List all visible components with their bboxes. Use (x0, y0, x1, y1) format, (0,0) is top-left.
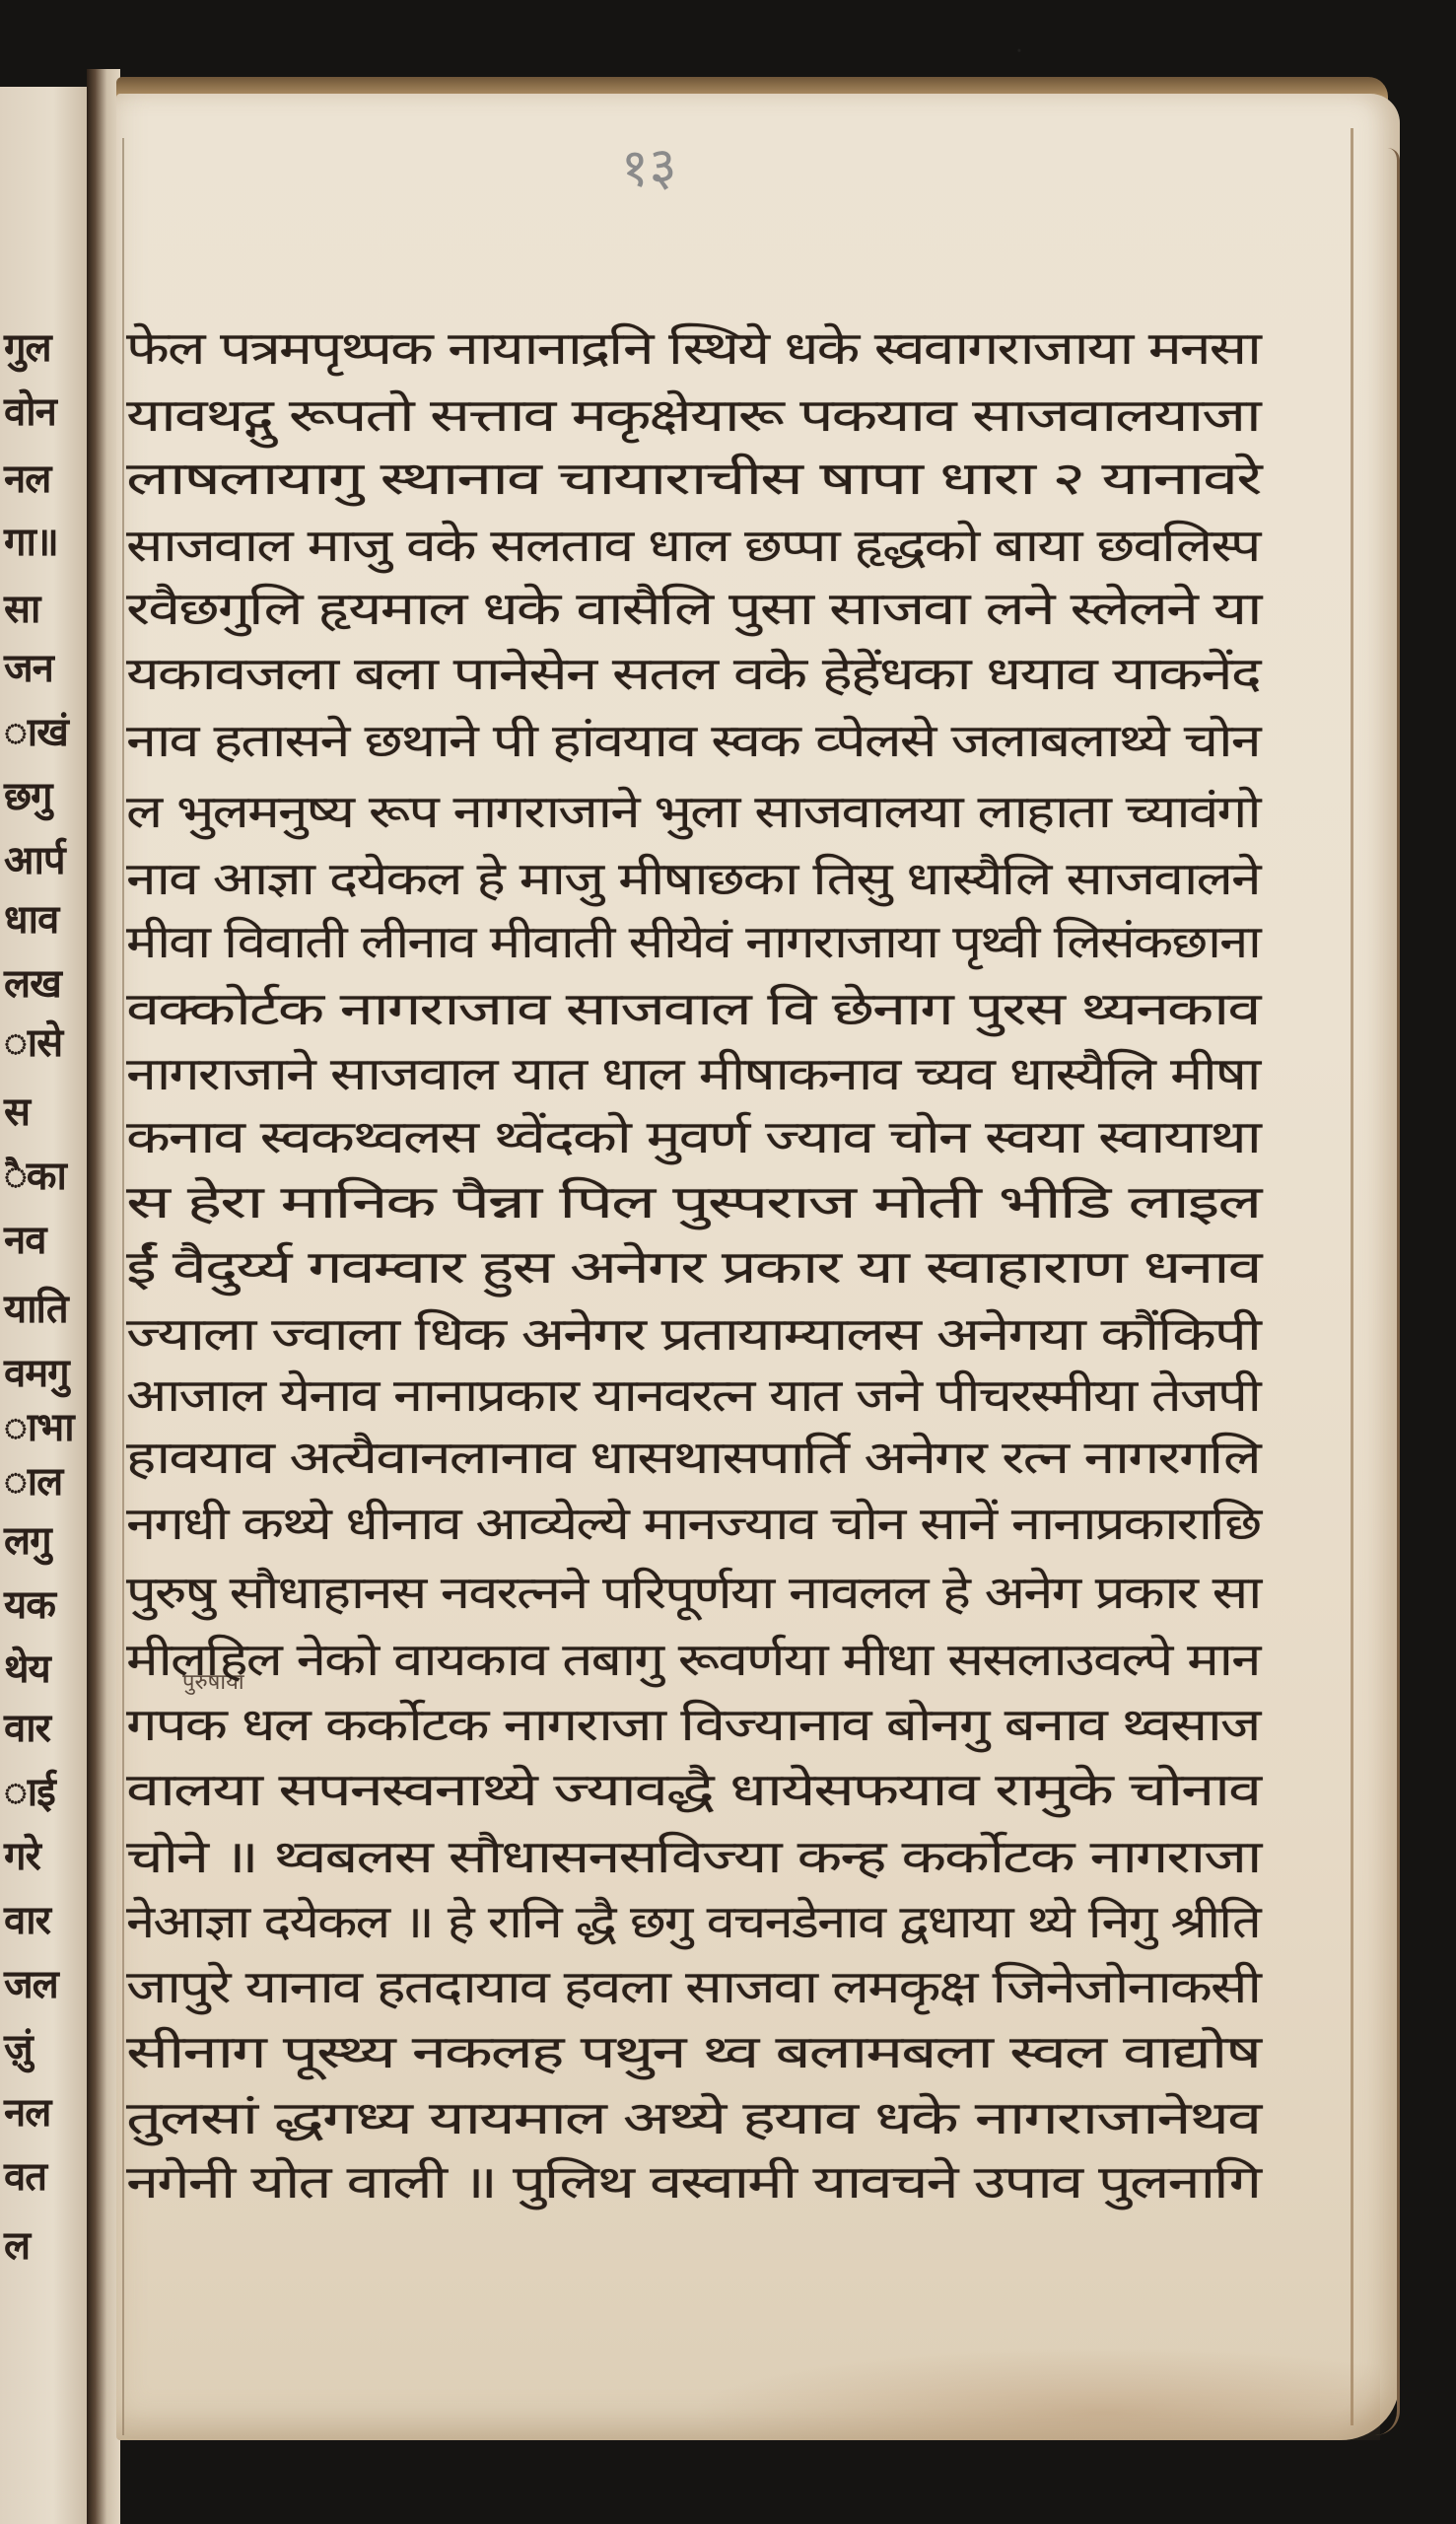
prev-page-fragment: लख (4, 954, 61, 1009)
prev-page-fragment: सा (4, 580, 39, 634)
right-margin-line (1351, 128, 1353, 2425)
text-line: नाव हतासने छथाने पी हांवयाव स्वक व्पेलसे… (126, 718, 1260, 763)
text-line: नागराजाने साजवाल यात धाल मीषाकनाव च्यव ध… (126, 1051, 1259, 1096)
prev-page-fragment: गुल (4, 318, 51, 373)
text-line: गपक धल कर्कोटक नागराजा विज्यानाव बोनगु ब… (126, 1702, 1260, 1747)
prev-page-fragment: ाल (4, 1452, 62, 1507)
prev-page-fragment: स (4, 1083, 30, 1137)
previous-page-strip: गुल वोन नल गा॥ सा जन ाखं छगु आर्प धाव लख… (0, 87, 92, 2524)
text-line: जापुरे यानाव हतदायाव हवला साजवा लमकृक्ष … (126, 1964, 1260, 2009)
left-margin-line (122, 138, 124, 2435)
text-line: नगेनी योत वाली ॥ पुलिथ वस्वामी यावचने उप… (126, 2159, 1260, 2205)
text-line: लाषलायागु स्थानाव चायाराचीस षापा धारा २ … (126, 456, 1260, 501)
water-stain (690, 2347, 1380, 2440)
prev-page-fragment: ल (4, 2216, 30, 2271)
text-line: वालया सपनस्वनाथ्ये ज्यावद्धै धायेसफयाव र… (126, 1767, 1260, 1812)
text-line: ईं वैदुर्य्य गवम्वार हुस अनेगर प्रकार या… (126, 1244, 1260, 1290)
book-spine (87, 69, 120, 2524)
prev-page-fragment: ैका (4, 1147, 66, 1201)
text-line: ज्याला ज्वाला धिक अनेगर प्रतायाम्यालस अन… (126, 1311, 1260, 1357)
page-number: १३ (619, 127, 678, 203)
text-line: फेल पत्रमपृथ्पक नायानाद्रनि स्थिये धके स… (126, 325, 1260, 371)
prev-page-fragment: लगु (4, 1511, 51, 1566)
prev-page-fragment: ाभा (4, 1398, 74, 1452)
prev-page-fragment: याति (4, 1280, 68, 1334)
text-line: नगधी कथ्ये धीनाव आव्येल्ये मानज्याव चोन … (126, 1501, 1260, 1546)
text-line: पुरुषु सौधाहानस नवरत्नने परिपूर्णया नावल… (126, 1570, 1261, 1615)
prev-page-fragment: वार (4, 1699, 50, 1753)
prev-page-fragment: वमगु (4, 1344, 69, 1398)
text-line: नेआज्ञा दयेकल ॥ हे रानि द्धै छगु वचनडेना… (126, 1899, 1260, 1944)
text-line: कनाव स्वकथ्वलस थ्वेंदको मुवर्ण ज्याव चोन… (126, 1114, 1260, 1159)
text-line: यावथद्गु रूपतो सत्ताव मकृक्षेयारू पकयाव … (126, 392, 1260, 438)
prev-page-fragment: यक (4, 1576, 55, 1630)
text-line: ल भुलमनुष्य रूप नागराजाने भुला साजवालया … (126, 789, 1260, 834)
prev-page-fragment: नल (4, 2083, 50, 2138)
prev-page-fragment: ाई (4, 1763, 55, 1817)
text-line: तुलसां द्धगध्य यायमाल अथ्ये हयाव धके नाग… (126, 2095, 1260, 2140)
prev-page-fragment: ाखं (4, 703, 68, 757)
prev-page-fragment: थेय (4, 1640, 50, 1694)
text-line: हावयाव अत्यैवानलानाव धासथासपार्ति अनेगर … (126, 1435, 1260, 1480)
prev-page-fragment: ासे (4, 1014, 62, 1068)
prev-page-fragment: आर्प (4, 831, 65, 885)
prev-page-fragment: वत (4, 2147, 46, 2202)
prev-page-fragment: गरे (4, 1827, 40, 1881)
prev-page-fragment: जन (4, 639, 53, 693)
text-line: वक्कोर्टक नागराजाव साजवाल वि छेनाग पुरस … (126, 986, 1259, 1031)
text-line: सीनाग पूस्थ्य नकलह पथुन थ्व बलामबला स्वल… (126, 2029, 1260, 2074)
text-line: आजाल येनाव नानाप्रकार यानवरत्न यात जने प… (126, 1372, 1260, 1418)
prev-page-fragment: गा॥ (4, 513, 58, 567)
text-line: यकावजला बला पानेसेन सतल वके हेहेंधका धया… (126, 651, 1260, 696)
prev-page-fragment: छगु (4, 767, 52, 821)
text-line: मीवा विवाती लीनाव मीवाती सीयेवं नागराजाय… (126, 919, 1260, 964)
prev-page-fragment: नव (4, 1211, 45, 1265)
prev-page-fragment: वोन (4, 383, 56, 437)
prev-page-fragment: जल (4, 1955, 58, 2009)
prev-page-fragment: धाव (4, 890, 58, 945)
text-line: स हेरा मानिक पैन्ना पिल पुस्पराज मोती भी… (126, 1179, 1260, 1225)
text-line: मीलहिल नेको वायकाव तबागु रूवर्णया मीधा स… (126, 1637, 1260, 1682)
text-line: साजवाल माजु वके सलताव धाल छप्पा हृद्धको … (126, 523, 1260, 568)
text-line: चोने ॥ थ्वबलस सौधासनसविज्या कन्ह कर्कोटक… (126, 1834, 1260, 1879)
prev-page-fragment: नल (4, 450, 50, 504)
text-line: रवैछगुलि हृयमाल धके वासैलि पुसा साजवा लन… (126, 586, 1261, 631)
prev-page-fragment: ज़ुं (4, 2019, 33, 2073)
text-line: नाव आज्ञा दयेकल हे माजु मीषाछका तिसु धास… (126, 856, 1260, 901)
prev-page-fragment: वार (4, 1891, 50, 1945)
page-right-edge (1375, 148, 1400, 2435)
